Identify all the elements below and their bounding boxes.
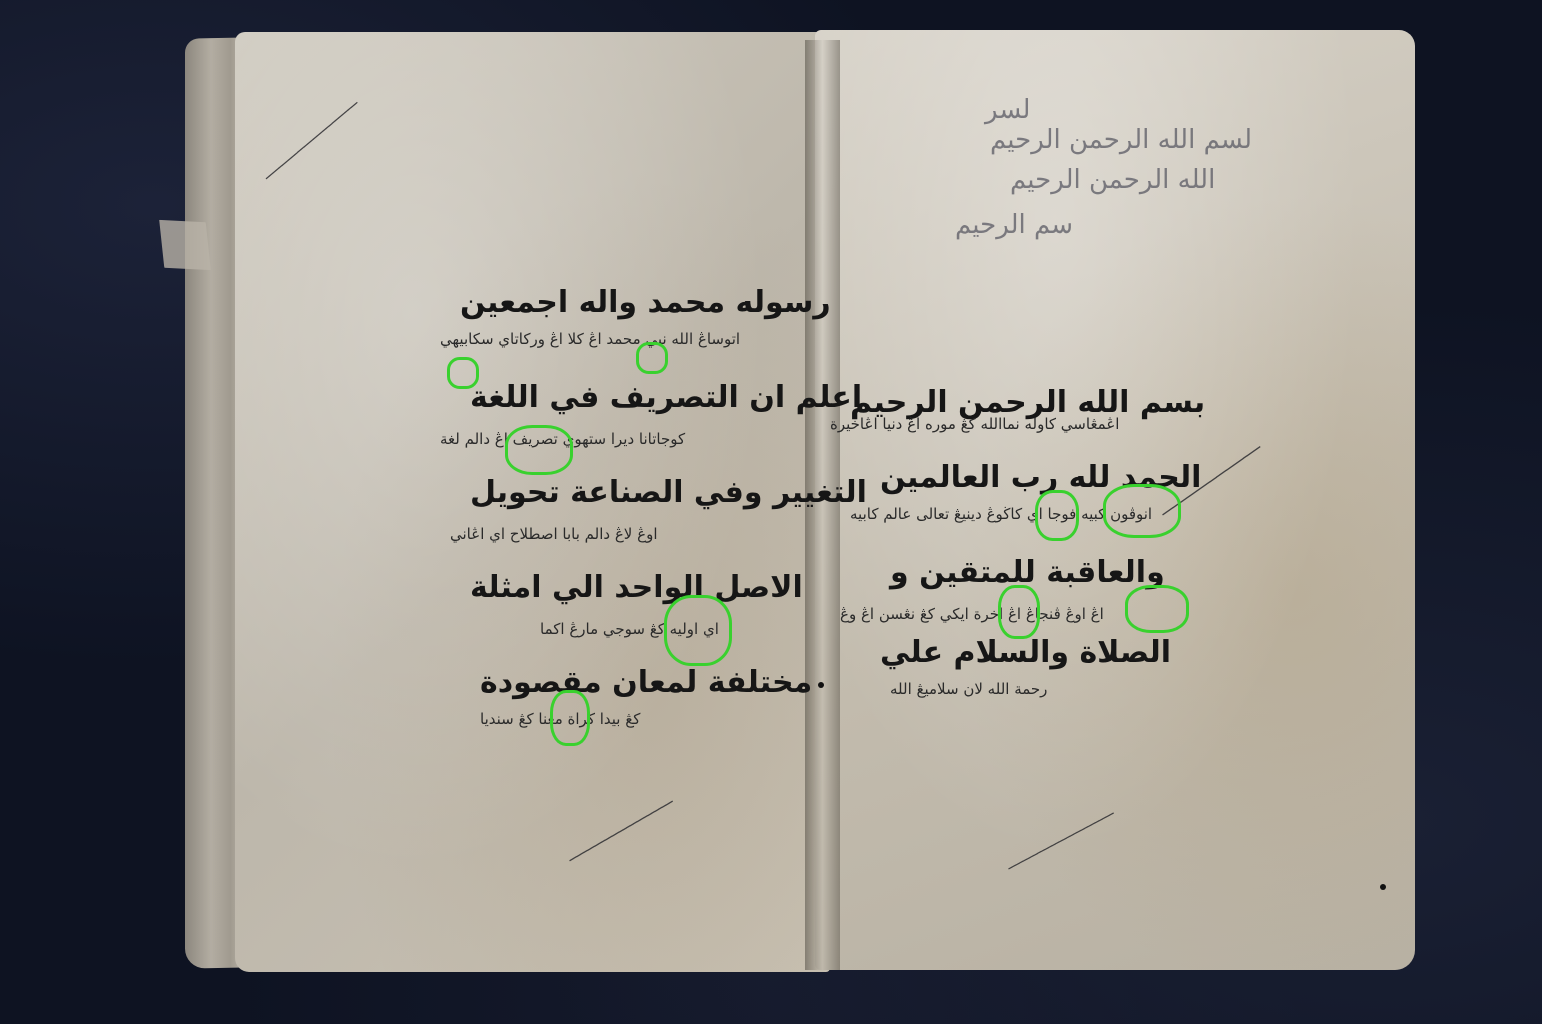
annotation-circle bbox=[1125, 585, 1189, 633]
annotation-circle bbox=[664, 595, 732, 666]
main-text-line: الاصل الواحد الي امثلة bbox=[470, 570, 803, 605]
main-text-line: اعلم ان التصريف في اللغة bbox=[470, 380, 862, 415]
pencil-note: سم الرحيم bbox=[955, 210, 1073, 240]
gloss-line: رحمة الله لان سلاميڠ الله bbox=[890, 680, 1047, 698]
binding-hole bbox=[818, 682, 824, 688]
annotation-circle bbox=[447, 357, 479, 389]
main-text-line: مختلفة لمعان مقصودة bbox=[480, 665, 812, 700]
annotation-circle bbox=[1035, 490, 1079, 541]
pencil-note: الله الرحمن الرحيم bbox=[1010, 165, 1215, 195]
main-text-line: رسوله محمد واله اجمعين bbox=[460, 285, 831, 320]
main-text-line: التغيير وفي الصناعة تحويل bbox=[470, 475, 867, 510]
annotation-circle bbox=[1103, 484, 1181, 538]
gloss-line: اڠ اوڠ ڤنجاڠ اڠ اخرة ايكي كڠ نڠسن اڠ وڠ bbox=[840, 605, 1104, 623]
binding-hole bbox=[1380, 884, 1386, 890]
gloss-line: اتوساڠ الله نبي محمد اڠ كلا اڠ وركاتاي س… bbox=[440, 330, 740, 348]
annotation-circle bbox=[636, 342, 668, 374]
annotation-circle bbox=[550, 690, 590, 746]
pencil-note: لسر bbox=[985, 95, 1030, 125]
main-text-line: الصلاة والسلام علي bbox=[880, 635, 1171, 670]
pencil-note: لسم الله الرحمن الرحيم bbox=[990, 125, 1252, 155]
annotation-circle bbox=[998, 585, 1040, 639]
annotation-circle bbox=[505, 425, 573, 475]
gloss-line: اڠمڠاسي كاوله نماالله كڠ موره اڠ دنيا اڠ… bbox=[830, 415, 1119, 433]
gloss-line: اوڠ لاڠ دالم بابا اصطلاح اي اڠاني bbox=[450, 525, 657, 543]
